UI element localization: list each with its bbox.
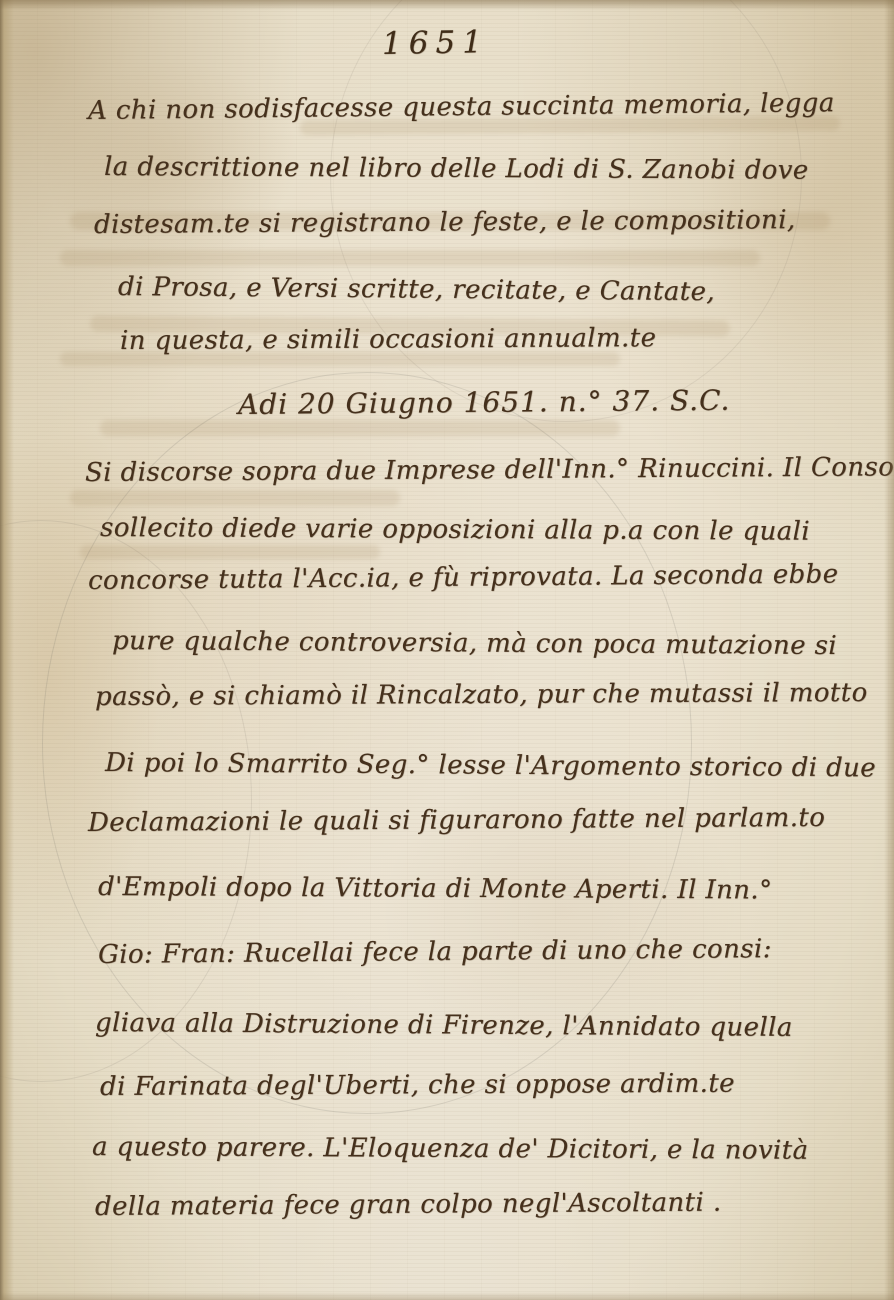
manuscript-line: pure qualche controversia, mà con poca m…: [112, 626, 837, 661]
ink-bleed-through: [70, 490, 400, 506]
laid-paper-texture: [0, 0, 894, 1300]
blind-stamp-circle: [0, 520, 252, 1082]
page-edge-bottom: [0, 1292, 894, 1300]
ink-bleed-through: [60, 250, 760, 266]
paper-stain: [380, 760, 740, 1060]
paper-stain: [700, 60, 894, 380]
page-edge-right: [884, 0, 894, 1300]
page-edge-left: [0, 0, 14, 1300]
ink-bleed-through: [60, 352, 620, 366]
manuscript-line: d'Empoli dopo la Vittoria di Monte Apert…: [98, 872, 773, 906]
ink-bleed-through: [100, 420, 620, 436]
ink-bleed-through: [300, 116, 840, 136]
manuscript-line: Gio: Fran: Rucellai fece la parte di uno…: [98, 934, 772, 970]
ink-bleed-through: [70, 212, 830, 230]
blind-stamp-circle: [330, 0, 802, 422]
manuscript-page: 1651 A chi non sodisfacesse questa succi…: [0, 0, 894, 1300]
manuscript-line: Si discorse sopra due Imprese dell'Inn.°…: [85, 452, 894, 488]
manuscript-line: passò, e si chiamò il Rincalzato, pur ch…: [95, 678, 868, 712]
ink-bleed-through: [90, 316, 730, 336]
paper-stain: [0, 400, 160, 960]
manuscript-line: Declamazioni le quali si figurarono fatt…: [88, 803, 825, 838]
page-edge-top: [0, 0, 894, 10]
manuscript-line: a questo parere. L'Eloquenza de' Dicitor…: [92, 1132, 809, 1166]
manuscript-line: A chi non sodisfacesse questa succinta m…: [88, 88, 835, 126]
year-heading: 1651: [382, 24, 490, 62]
manuscript-line: in questa, e simili occasioni annualm.te: [120, 323, 656, 356]
blind-stamp-circle: [42, 372, 692, 1114]
manuscript-line: di Farinata degl'Uberti, che si oppose a…: [100, 1069, 735, 1102]
manuscript-line: di Prosa, e Versi scritte, recitate, e C…: [118, 272, 715, 307]
manuscript-line: gliava alla Distruzione di Firenze, l'An…: [95, 1008, 793, 1043]
manuscript-line: distesam.te si registrano le feste, e le…: [94, 205, 796, 240]
manuscript-line: sollecito diede varie opposizioni alla p…: [100, 513, 810, 547]
manuscript-line: della materia fece gran colpo negl'Ascol…: [95, 1188, 722, 1222]
paper-stain: [40, 60, 300, 260]
manuscript-line: Di poi lo Smarrito Seg.° lesse l'Argomen…: [105, 748, 876, 783]
ink-bleed-through: [80, 545, 380, 559]
manuscript-line: la descrittione nel libro delle Lodi di …: [104, 152, 809, 186]
manuscript-line: concorse tutta l'Acc.ia, e fù riprovata.…: [88, 559, 839, 596]
date-heading: Adi 20 Giugno 1651. n.° 37. S.C.: [238, 384, 731, 421]
